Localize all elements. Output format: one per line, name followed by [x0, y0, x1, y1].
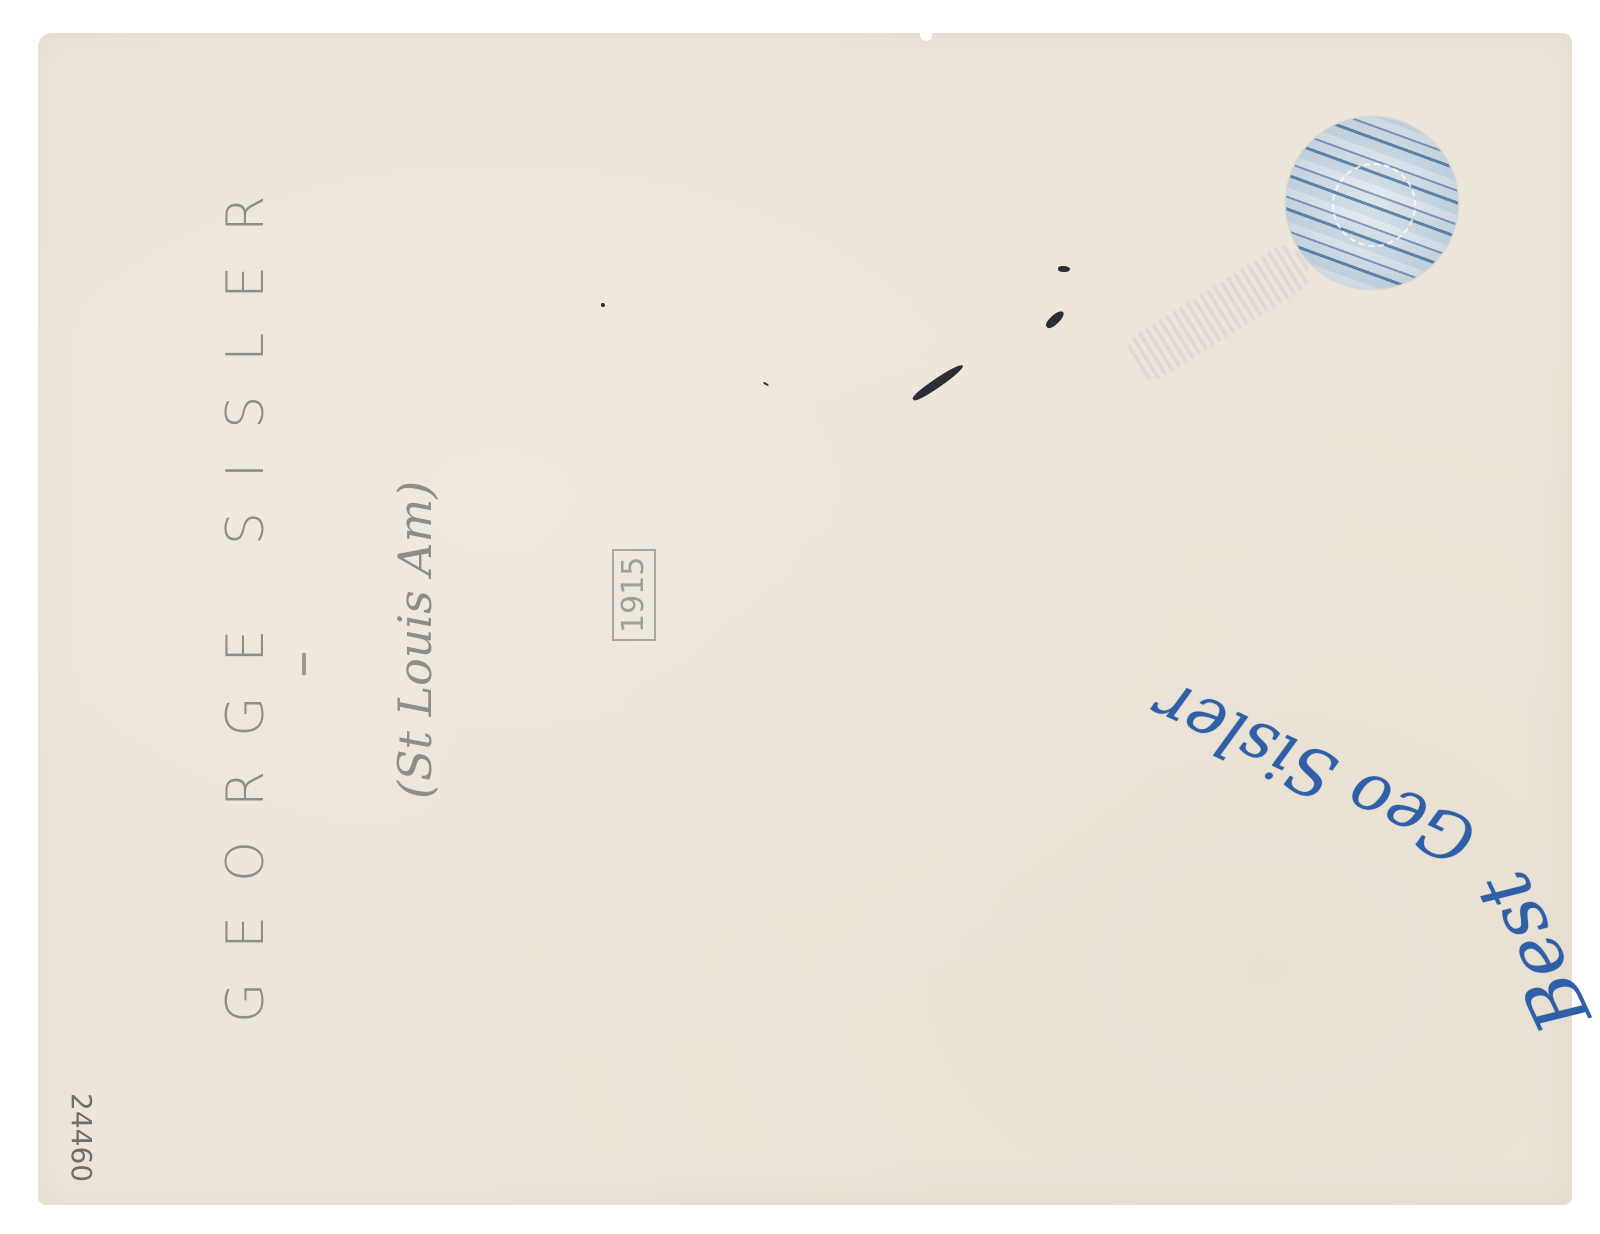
hologram-seal-icon — [1286, 117, 1458, 289]
photo-back-card: GEORGE SISLER (St Louis Am) 1915 24460 — [38, 33, 1572, 1205]
team-note: (St Louis Am) — [388, 481, 442, 799]
subject-name-note: GEORGE SISLER — [216, 162, 276, 1023]
ink-mark — [763, 382, 769, 387]
ink-mark — [1044, 309, 1066, 331]
ink-mark — [1058, 266, 1070, 272]
purple-smudge — [1120, 239, 1316, 387]
year-note: 1915 — [612, 549, 656, 641]
hologram-emblem — [1332, 163, 1416, 247]
edge-notch — [920, 33, 932, 41]
inventory-number: 24460 — [65, 1093, 98, 1182]
ink-mark — [601, 303, 605, 307]
ink-mark — [911, 362, 965, 404]
pencil-dash — [302, 653, 306, 675]
